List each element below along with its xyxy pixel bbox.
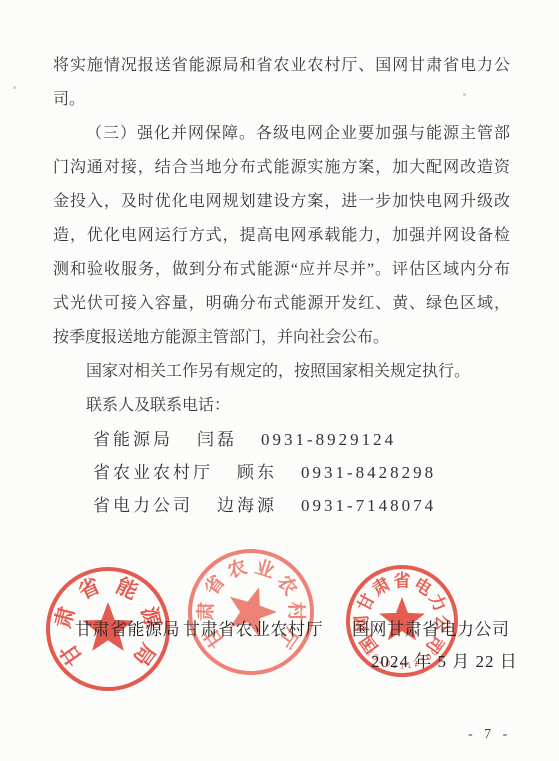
contact-org: 省农业农村厅: [93, 463, 213, 482]
seal-agriculture-dept: 甘肃省农业农村厅: [184, 545, 318, 679]
body-line: （三）强化并网保障。各级电网企业要加强与能源主管部: [53, 117, 510, 151]
body-line: 将实施情况报送省能源局和省农业农村厅、国网甘肃省电力公: [53, 49, 510, 83]
body-line: 造，优化电网运行方式，提高电网承载能力，加强并网设备检: [53, 219, 510, 253]
svg-text:省: 省: [394, 570, 411, 590]
body-line: 测和验收服务，做到分布式能源“应并尽并”。评估区域内分布: [53, 253, 510, 287]
contact-phone: 0931-8428298: [301, 463, 436, 482]
contact-org: 省电力公司: [93, 496, 193, 515]
scan-speck: [13, 86, 16, 89]
contact-org: 省能源局: [93, 430, 173, 449]
seal-power-company: 国网甘肃省电力公司6201011127008: [342, 561, 462, 681]
document-page: 将实施情况报送省能源局和省农业农村厅、国网甘肃省电力公 司。 （三）强化并网保障…: [0, 0, 559, 761]
svg-text:肃: 肃: [194, 602, 217, 621]
svg-text:业: 业: [252, 556, 277, 583]
body-line: 国家对相关工作另有规定的，按照国家相关规定执行。: [53, 355, 510, 389]
svg-text:1: 1: [392, 661, 398, 671]
svg-text:1: 1: [406, 661, 412, 671]
page-number: - 7 -: [468, 727, 511, 743]
svg-text:公: 公: [432, 615, 452, 633]
svg-text:源: 源: [137, 604, 166, 631]
svg-text:1: 1: [399, 662, 404, 671]
contact-row: 省农业农村厅顾东0931-8428298: [53, 456, 510, 489]
body-line: 司。: [53, 83, 510, 117]
body-line: 门沟通对接，结合当地分布式能源实施方案，加大配网改造资: [53, 151, 510, 185]
contact-person: 顾东: [237, 463, 277, 482]
body-line: 按季度报送地方能源主管部门，并向社会公布。: [53, 321, 510, 355]
contact-phone: 0931-7148074: [301, 496, 436, 515]
seal-energy-bureau: 甘肃省能源局: [42, 563, 174, 695]
contact-person: 边海源: [217, 496, 277, 515]
scan-speck: [463, 93, 466, 96]
body-text: 将实施情况报送省能源局和省农业农村厅、国网甘肃省电力公 司。 （三）强化并网保障…: [53, 49, 510, 522]
contact-phone: 0931-8929124: [261, 430, 396, 449]
svg-text:农: 农: [225, 555, 250, 583]
contact-row: 省电力公司边海源0931-7148074: [53, 489, 510, 522]
contact-person: 闫磊: [197, 430, 237, 449]
svg-text:网: 网: [352, 615, 372, 633]
contacts-heading: 联系人及联系电话：: [53, 389, 510, 423]
svg-text:村: 村: [285, 602, 308, 621]
body-line: 金投入，及时优化电网规划建设方案，进一步加快电网升级改: [53, 185, 510, 219]
body-line: 式光伏可接入容量，明确分布式能源开发红、黄、绿色区域，: [53, 287, 510, 321]
svg-text:0: 0: [384, 659, 392, 669]
contact-row: 省能源局闫磊0931-8929124: [53, 423, 510, 456]
svg-text:肃: 肃: [51, 604, 80, 630]
